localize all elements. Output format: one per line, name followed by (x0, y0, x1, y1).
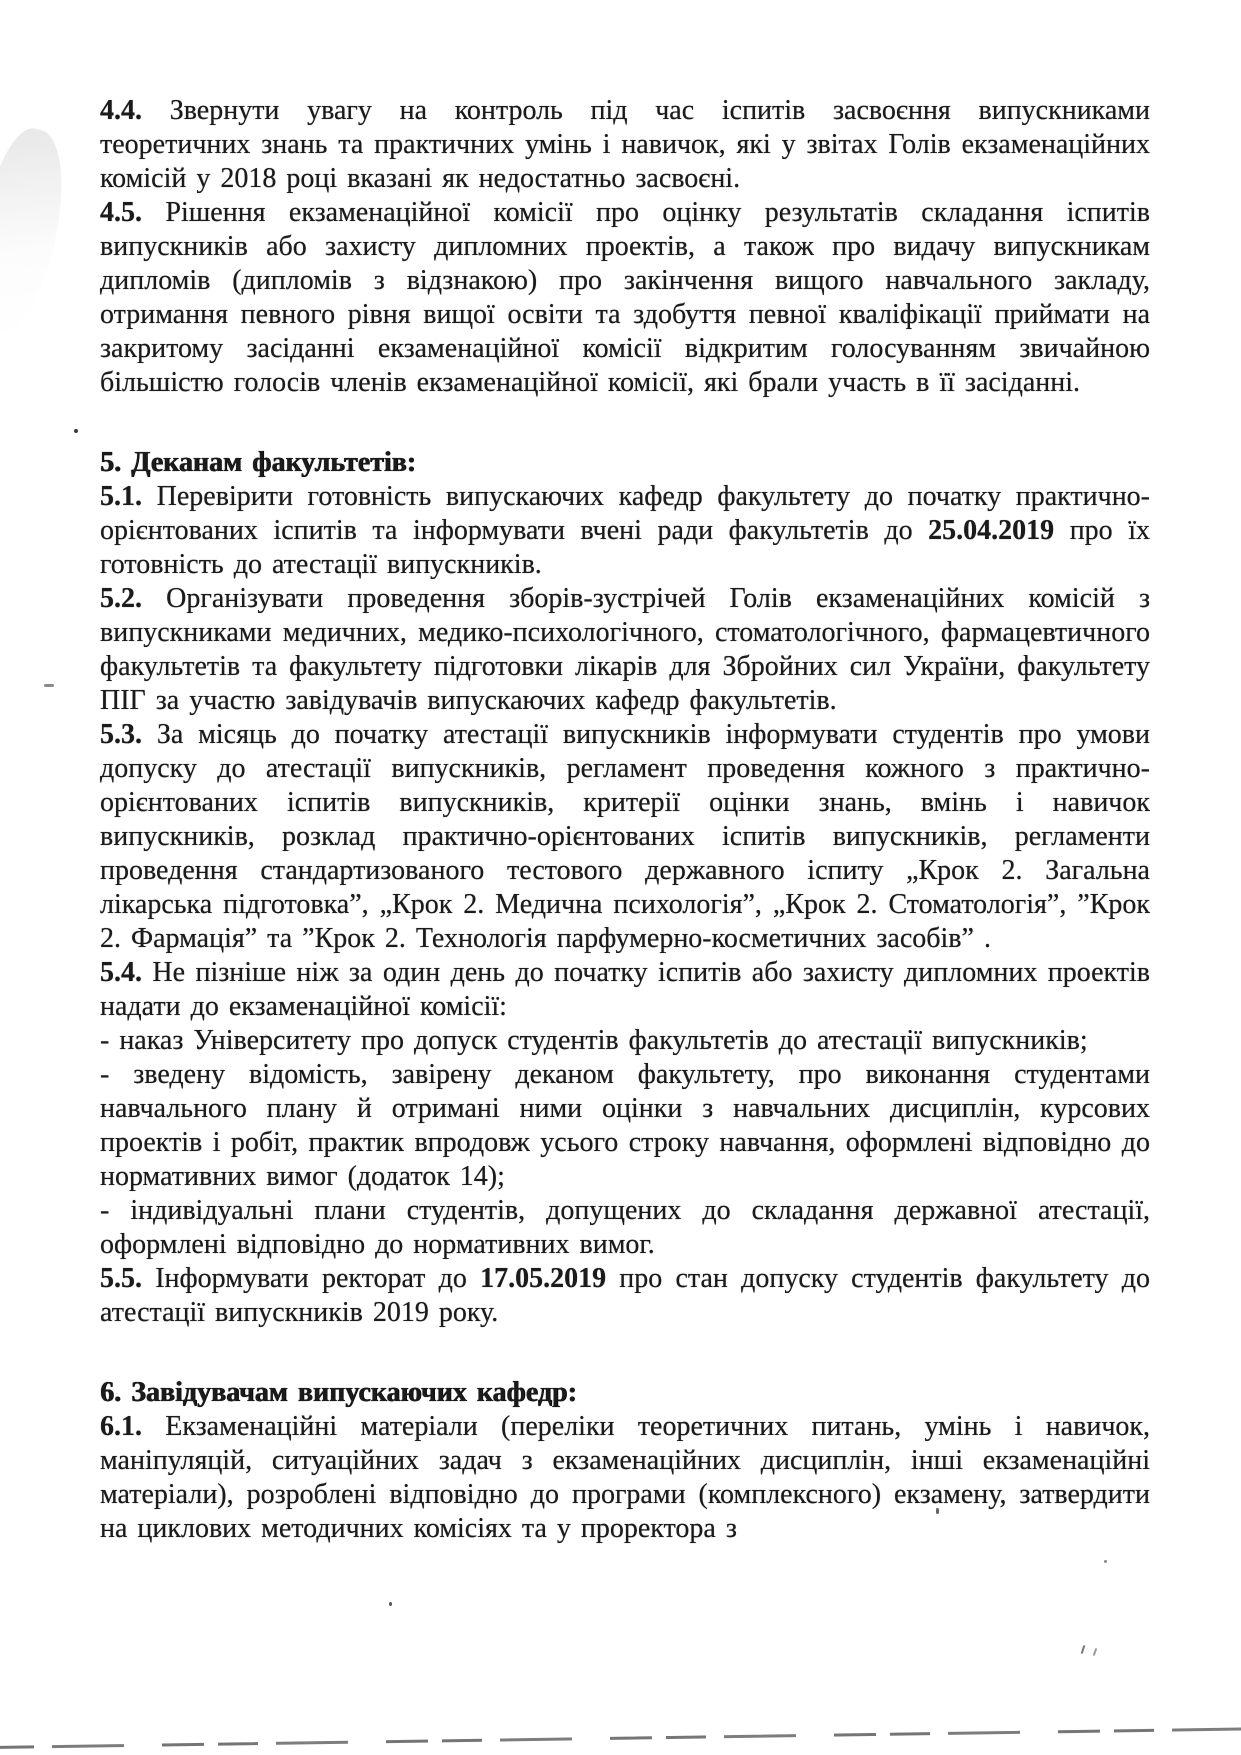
deadline-date-5-5: 17.05.2019 (480, 1263, 606, 1294)
blank-line (100, 1330, 1150, 1376)
section-heading-5: 5. Деканам факультетів: (100, 446, 1150, 480)
clause-number-5-5: 5.5. (100, 1263, 142, 1294)
paragraph-6-1: 6.1. Екзаменаційні матеріали (переліки т… (100, 1410, 1150, 1546)
clause-number-6-1: 6.1. (100, 1411, 142, 1442)
section-heading-6: 6. Завідувачам випускаючих кафедр: (100, 1376, 1150, 1410)
deadline-date-5-1: 25.04.2019 (928, 515, 1054, 546)
clause-number-5-4: 5.4. (100, 957, 142, 988)
paragraph-5-4-text: Не пізніше ніж за один день до початку і… (100, 957, 1150, 1022)
scan-speck (936, 1508, 939, 1514)
blank-line (100, 400, 1150, 446)
paragraph-6-1-text: Екзаменаційні матеріали (переліки теорет… (100, 1411, 1150, 1544)
paragraph-4-5-text: Рішення екзаменаційної комісії про оцінк… (100, 197, 1150, 398)
paragraph-5-5-text-1: Інформувати ректорат до (155, 1263, 480, 1294)
scan-speck (44, 684, 54, 687)
paragraph-5-2-text: Організувати проведення зборів-зустрічей… (100, 583, 1150, 716)
paragraph-5-1: 5.1. Перевірити готовність випускаючих к… (100, 480, 1150, 582)
clause-number-4-5: 4.5. (100, 197, 142, 228)
scan-speck (74, 429, 78, 433)
paragraph-4-5: 4.5. Рішення екзаменаційної комісії про … (100, 196, 1150, 400)
paragraph-4-4: 4.4. Звернути увагу на контроль під час … (100, 94, 1150, 196)
clause-number-5-2: 5.2. (100, 583, 142, 614)
scan-speck (1104, 1560, 1107, 1563)
scan-speck (1081, 1645, 1086, 1654)
scan-artifact-dashed-line (0, 1727, 1241, 1749)
list-item-order: - наказ Університету про допуск студенті… (100, 1024, 1150, 1058)
paragraph-4-4-text: Звернути увагу на контроль під час іспит… (100, 95, 1150, 194)
paragraph-5-3: 5.3. За місяць до початку атестації випу… (100, 718, 1150, 956)
scanned-document-page: 4.4. Звернути увагу на контроль під час … (0, 0, 1241, 1755)
paragraph-5-3-text: За місяць до початку атестації випускник… (100, 719, 1150, 954)
clause-number-5-1: 5.1. (100, 481, 142, 512)
scan-speck (1093, 1648, 1098, 1656)
paragraph-5-2: 5.2. Організувати проведення зборів-зуст… (100, 582, 1150, 718)
list-item-statement: - зведену відомість, завірену деканом фа… (100, 1058, 1150, 1194)
list-item-individual-plans: - індивідуальні плани студентів, допущен… (100, 1194, 1150, 1262)
paragraph-5-4: 5.4. Не пізніше ніж за один день до поча… (100, 956, 1150, 1024)
document-text-block: 4.4. Звернути увагу на контроль під час … (100, 94, 1150, 1546)
clause-number-4-4: 4.4. (100, 95, 142, 126)
scan-speck (389, 1602, 392, 1606)
scan-smudge (0, 122, 80, 344)
clause-number-5-3: 5.3. (100, 719, 142, 750)
paragraph-5-5: 5.5. Інформувати ректорат до 17.05.2019 … (100, 1262, 1150, 1330)
